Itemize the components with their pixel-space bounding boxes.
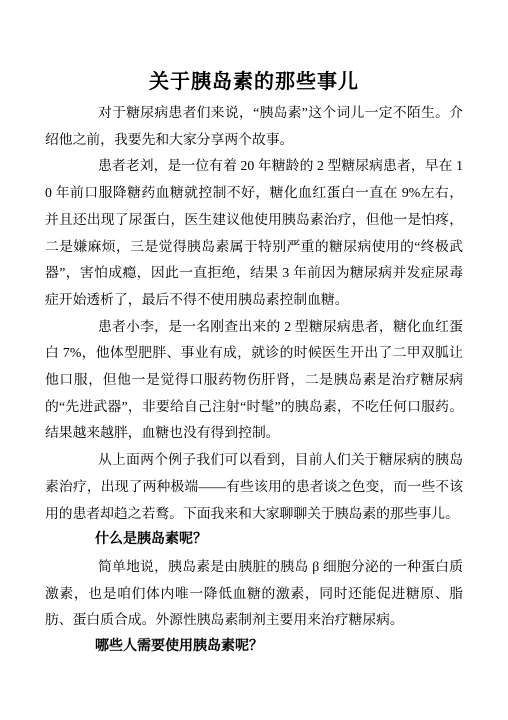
paragraph-intro: 对于糖尿病患者们来说，“胰岛素”这个词儿一定不陌生。介绍他之前，我要先和大家分享… (45, 100, 463, 153)
paragraph-patient-xiaoli: 患者小李，是一名刚查出来的 2 型糖尿病患者，糖化血红蛋白 7%，他体型肥胖、事… (45, 314, 463, 448)
paragraph-two-extremes: 从上面两个例子我们可以看到，目前人们关于糖尿病的胰岛素治疗，出现了两种极端——有… (45, 447, 463, 527)
section-heading-who-needs-insulin: 哪些人需要使用胰岛素呢？ (45, 634, 463, 661)
document-page: 关于胰岛素的那些事儿 对于糖尿病患者们来说，“胰岛素”这个词儿一定不陌生。介绍他… (0, 0, 508, 720)
paragraph-patient-laoliu: 患者老刘，是一位有着 20 年糖龄的 2 型糖尿病患者，早在 10 年前口服降糖… (45, 153, 463, 313)
paragraph-insulin-definition: 简单地说，胰岛素是由胰脏的胰岛 β 细胞分泌的一种蛋白质激素，也是咱们体内唯一降… (45, 554, 463, 634)
section-heading-what-is-insulin: 什么是胰岛素呢？ (45, 527, 463, 554)
document-title: 关于胰岛素的那些事儿 (45, 64, 463, 100)
